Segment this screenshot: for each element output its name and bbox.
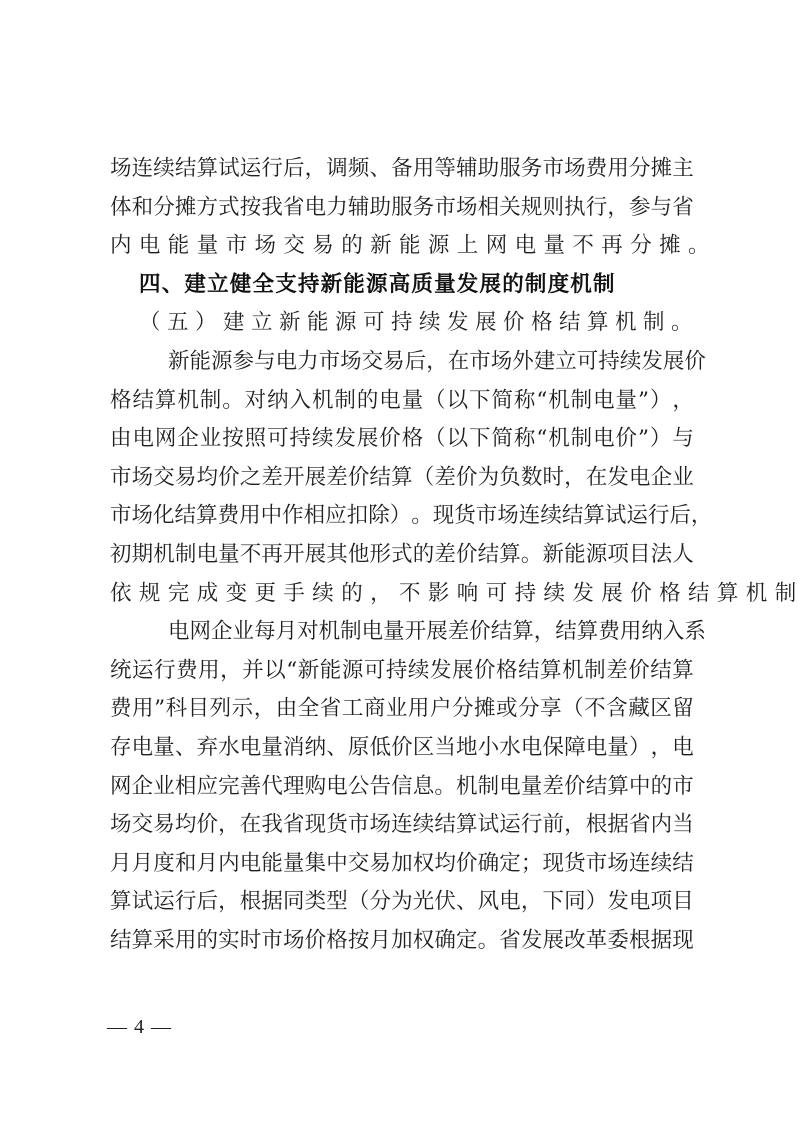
document-page: 场连续结算试运行后，调频、备用等辅助服务市场费用分摊主 体和分摊方式按我省电力辅… (0, 0, 800, 1131)
document-body: 场连续结算试运行后，调频、备用等辅助服务市场费用分摊主 体和分摊方式按我省电力辅… (110, 150, 694, 960)
body-line: 依规完成变更手续的，不影响可持续发展价格结算机制执行。 (110, 575, 694, 614)
body-line: 费用”科目列示，由全省工商业用户分摊或分享（不含藏区留 (110, 690, 694, 729)
body-line: 场交易均价，在我省现货市场连续结算试运行前，根据省内当 (110, 806, 694, 845)
body-line: 初期机制电量不再开展其他形式的差价结算。新能源项目法人 (110, 536, 694, 575)
body-line: 统运行费用，并以“新能源可持续发展价格结算机制差价结算 (110, 652, 694, 691)
section-heading: 四、建立健全支持新能源高质量发展的制度机制 (110, 266, 694, 305)
body-line: 体和分摊方式按我省电力辅助服务市场相关规则执行，参与省 (110, 189, 694, 228)
paragraph-first-line: 电网企业每月对机制电量开展差价结算，结算费用纳入系 (110, 613, 694, 652)
paragraph-first-line: 新能源参与电力市场交易后，在市场外建立可持续发展价 (110, 343, 694, 382)
body-line: 存电量、弃水电量消纳、原低价区当地小水电保障电量），电 (110, 729, 694, 768)
body-line: 市场化结算费用中作相应扣除）。现货市场连续结算试运行后， (110, 497, 694, 536)
body-line: 市场交易均价之差开展差价结算（差价为负数时，在发电企业 (110, 459, 694, 498)
body-line: 月月度和月内电能量集中交易加权均价确定；现货市场连续结 (110, 845, 694, 884)
body-line: 场连续结算试运行后，调频、备用等辅助服务市场费用分摊主 (110, 150, 694, 189)
body-line: 网企业相应完善代理购电公告信息。机制电量差价结算中的市 (110, 768, 694, 807)
body-line: 结算采用的实时市场价格按月加权确定。省发展改革委根据现 (110, 922, 694, 961)
subsection-heading: （五）建立新能源可持续发展价格结算机制。 (110, 304, 694, 343)
body-line: 内电能量市场交易的新能源上网电量不再分摊。 (110, 227, 694, 266)
page-number: — 4 — (107, 1016, 172, 1039)
body-line: 格结算机制。对纳入机制的电量（以下简称“机制电量”）， (110, 382, 694, 421)
body-line: 由电网企业按照可持续发展价格（以下简称“机制电价”）与 (110, 420, 694, 459)
body-line: 算试运行后，根据同类型（分为光伏、风电，下同）发电项目 (110, 883, 694, 922)
